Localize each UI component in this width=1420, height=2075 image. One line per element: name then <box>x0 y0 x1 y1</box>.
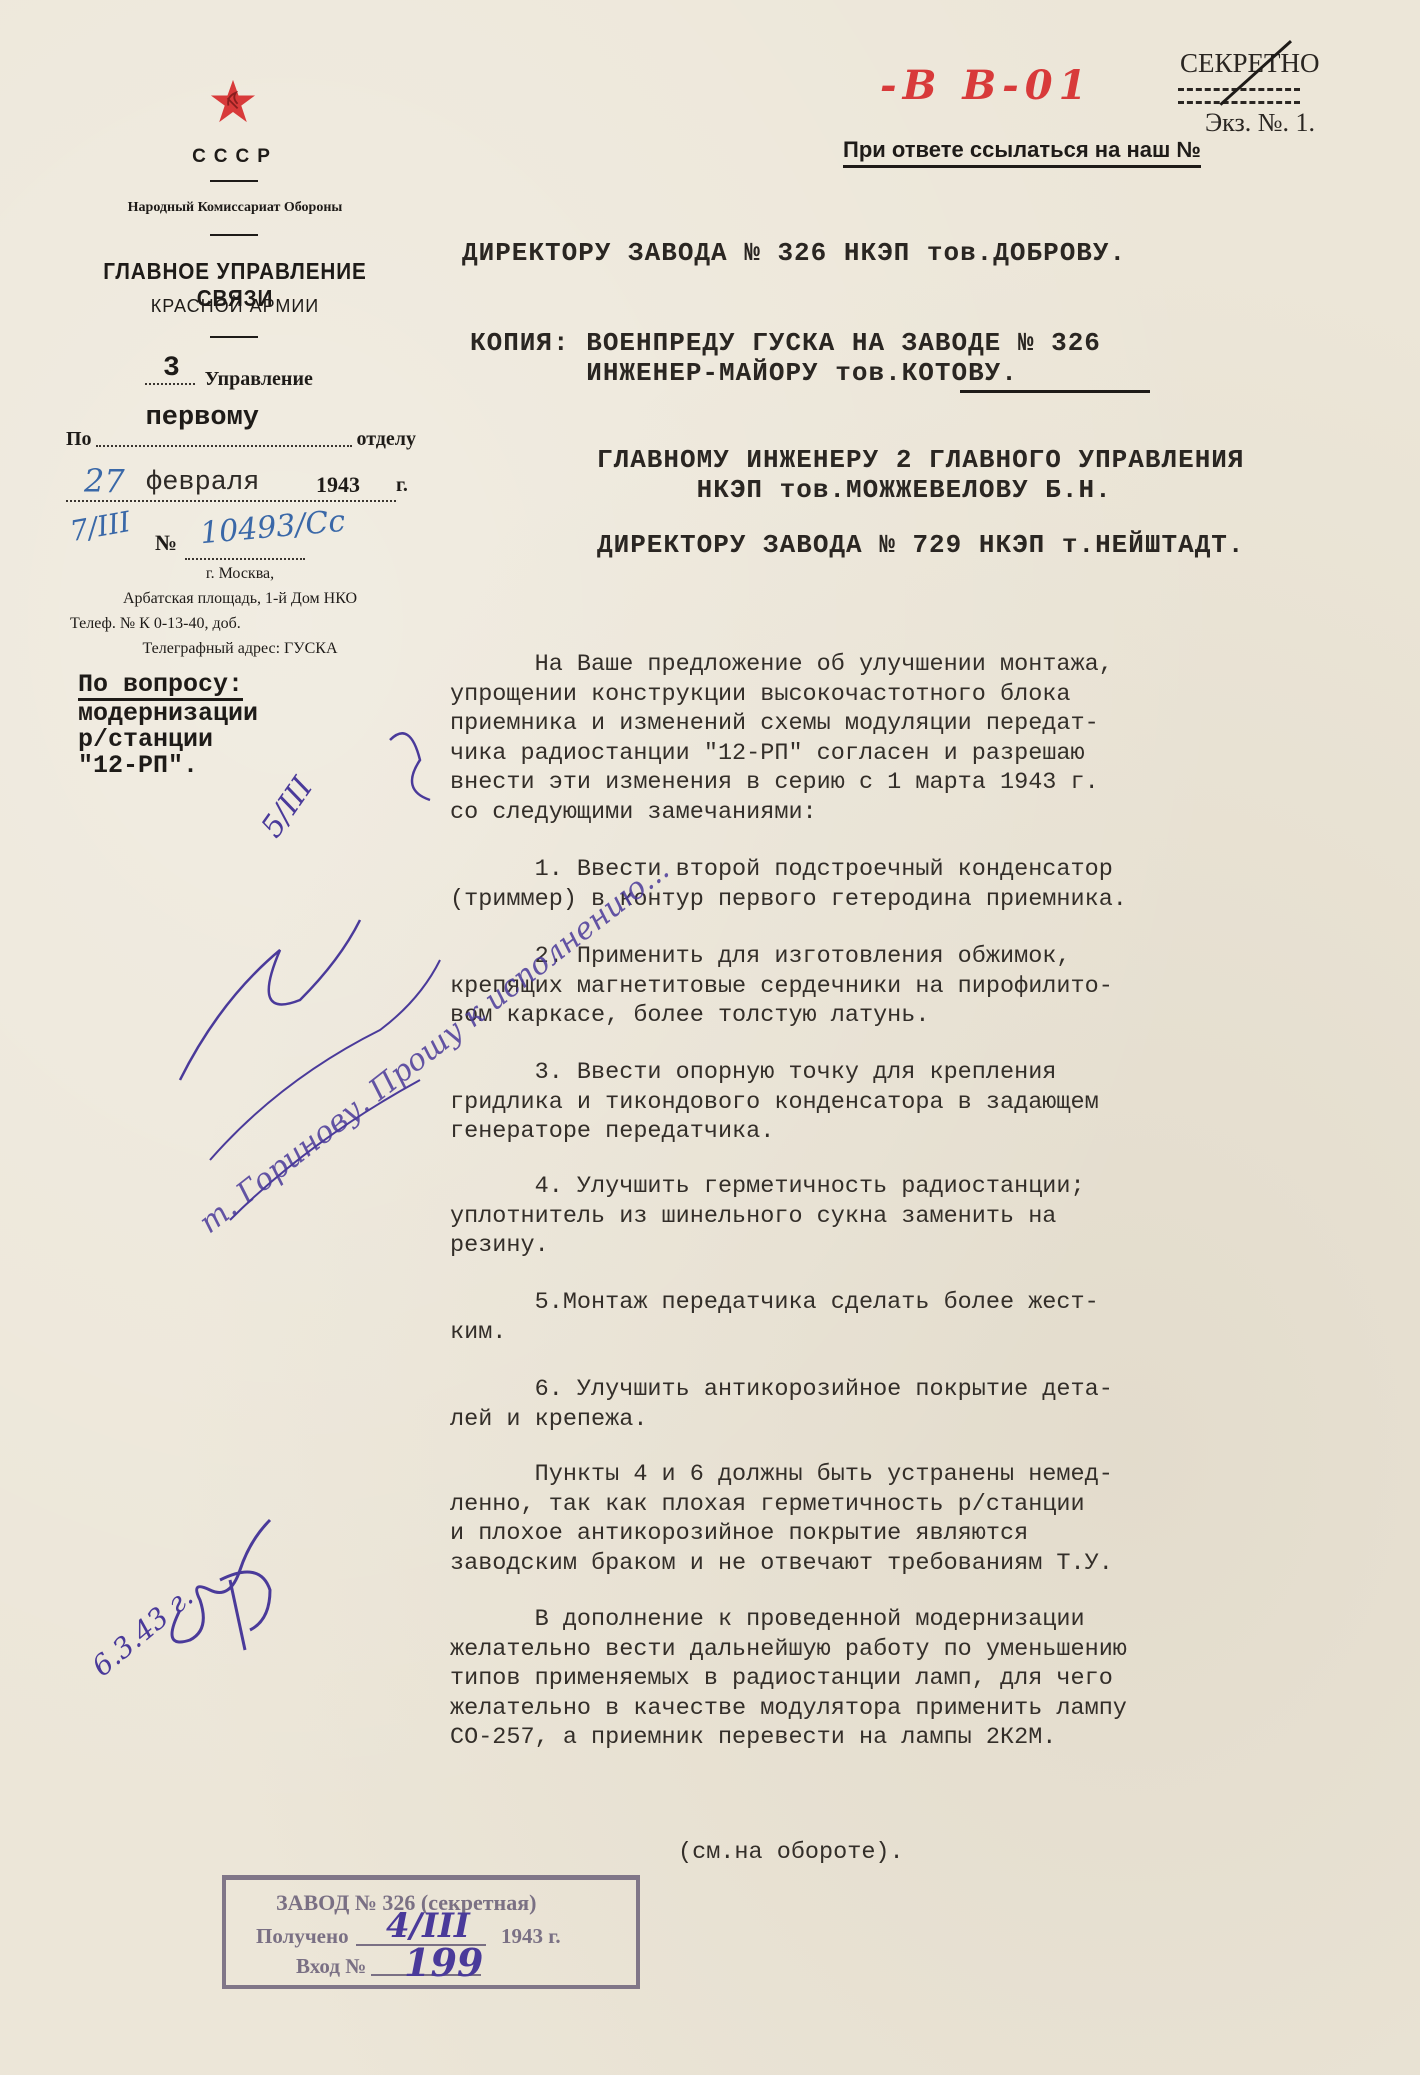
date-day: 27 <box>84 462 125 500</box>
subject-label: По вопросу: <box>78 672 243 701</box>
reply-reference-note: При ответе ссылаться на наш № <box>843 137 1201 168</box>
directorate-line: 3 Управление <box>145 368 365 391</box>
item-6: 6. Улучшить антикорозийное покрытие дета… <box>450 1375 1350 1434</box>
section-line: По первому отделу <box>66 428 416 451</box>
divider <box>210 180 258 182</box>
po-label: По <box>66 428 92 451</box>
number-line: № 10493/Сс <box>155 530 305 556</box>
signature-icon <box>140 1510 280 1660</box>
red-registration-mark: -В В-01 <box>880 62 1092 109</box>
date-underline <box>66 500 396 502</box>
stamp-received-year: 1943 г. <box>501 1924 561 1949</box>
directorate-label: Управление <box>205 368 313 390</box>
addressee-primary: ДИРЕКТОРУ ЗАВОДА № 326 НКЭП тов.ДОБРОВУ. <box>462 238 1126 268</box>
item-4: 4. Улучшить герметичность радиостанции; … <box>450 1172 1350 1261</box>
item-5: 5.Монтаж передатчика сделать более жест-… <box>450 1288 1350 1347</box>
copy-number: Экз. №. 1. <box>1205 108 1315 138</box>
body-addition: В дополнение к проведенной модернизации … <box>450 1605 1350 1753</box>
directorate-number: 3 <box>163 353 180 384</box>
stamp-received-label: Получено <box>256 1924 349 1949</box>
divider <box>210 336 258 338</box>
addressee-chief-engineer: ГЛАВНОМУ ИНЖЕНЕРУ 2 ГЛАВНОГО УПРАВЛЕНИЯ <box>597 445 1245 475</box>
item-3: 3. Ввести опорную точку для крепления гр… <box>450 1058 1350 1147</box>
addressee-copy-name: ИНЖЕНЕР-МАЙОРУ тов.КОТОВУ. <box>470 358 1018 388</box>
stamp-entry-value: 199 <box>404 1940 483 1985</box>
section-label: отделу <box>356 428 416 451</box>
continued-note: (см.на обороте). <box>678 1838 978 1868</box>
letterhead-army: КРАСНОЙ АРМИИ <box>130 296 340 317</box>
receipt-stamp: ЗАВОД № 326 (секретная) Получено 4/III 1… <box>222 1875 640 1989</box>
number-value: 10493/Сс <box>199 504 347 552</box>
addressee-copy: КОПИЯ: ВОЕНПРЕДУ ГУСКА НА ЗАВОДЕ № 326 <box>470 328 1101 358</box>
red-star-emblem-icon <box>210 78 256 124</box>
date-year: 1943 <box>316 472 360 498</box>
address-telegraph: Телеграфный адрес: ГУСКА <box>60 640 420 658</box>
addressee-chief-engineer-name: НКЭП тов.МОЖЖЕВЕЛОВУ Б.Н. <box>597 475 1112 505</box>
letterhead-country: СССР <box>140 146 330 168</box>
address-phone: Телеф. № К 0-13-40, доб. <box>60 615 390 633</box>
handwritten-scribbles <box>160 700 460 1260</box>
classification-dashes <box>1178 88 1300 104</box>
addressee-factory-729: ДИРЕКТОРУ ЗАВОДА № 729 НКЭП т.НЕЙШТАДТ. <box>597 530 1245 560</box>
stamp-entry-label: Вход № <box>296 1954 366 1979</box>
address-street: Арбатская площадь, 1-й Дом НКО <box>60 590 420 608</box>
underline-kotovu <box>960 390 1150 393</box>
number-label: № <box>155 530 177 555</box>
letterhead-commissariat: Народный Комиссариат Обороны <box>70 200 400 216</box>
divider <box>210 234 258 236</box>
margin-note: 7/III <box>68 505 133 548</box>
date-line: 27 февраля 1943 г. <box>66 468 416 502</box>
date-month: февраля <box>146 468 259 498</box>
body-intro: На Ваше предложение об улучшении монтажа… <box>450 650 1350 827</box>
number-underline <box>185 558 305 560</box>
section-value: первому <box>146 403 259 433</box>
address-city: г. Москва, <box>60 565 420 583</box>
date-year-suffix: г. <box>396 474 408 497</box>
body-urgent: Пункты 4 и 6 должны быть устранены немед… <box>450 1460 1350 1578</box>
